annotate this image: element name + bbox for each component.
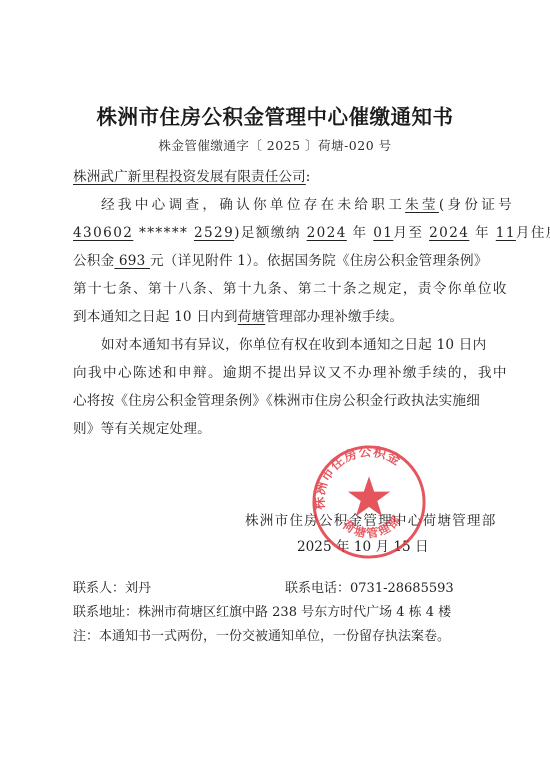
contact-phone-label: 联系电话： [285, 581, 350, 596]
id-mask: ****** [139, 225, 188, 241]
end-month: 11 [496, 225, 516, 241]
employee-name: 朱莹 [405, 197, 439, 213]
notice-page: 株洲市住房公积金管理中心催缴通知书 株金管催缴通字〔 2025 〕荷塘-020 … [0, 0, 550, 776]
seal-outer-text: 株洲市住房公积金 [312, 444, 404, 511]
start-month: 01 [373, 225, 393, 241]
contact-address-label: 联系地址： [73, 605, 138, 620]
paragraph1-line1: 经我中心调查，确认你单位存在未给职工朱莹(身份证号 [101, 193, 515, 213]
contact-phone-number: 0731-28685593 [350, 581, 454, 596]
amount-value: 693 [119, 253, 146, 269]
start-year: 2024 [307, 225, 347, 241]
contact-address: 联系地址：株洲市荷塘区红旗中路 238 号东方时代广场 4 栋 4 楼 [73, 601, 451, 620]
p1-text: 经我中心调查，确认你单位存在未给职工 [101, 197, 405, 213]
p1-text: 年 [353, 225, 368, 241]
svg-text:荷塘管理部: 荷塘管理部 [340, 512, 404, 541]
paragraph2-line4: 则》等有关规定处理。 [73, 417, 211, 437]
office-name: 荷塘 [238, 309, 266, 325]
p1-text: 元（详见附件 1）。依据国务院《住房公积金管理条例》 [150, 253, 488, 269]
p1-text: 管理部办理补缴手续。 [265, 309, 403, 325]
recipient-line: 株洲武广新里程投资发展有限责任公司: [73, 165, 310, 185]
p1-text: 公积金 [73, 253, 114, 269]
paragraph2-line3: 心将按《住房公积金管理条例》《株洲市住房公积金行政执法实施细 [73, 389, 480, 409]
p1-text: 到本通知之日起 10 日内到 [73, 309, 238, 325]
contact-person-name: 刘丹 [125, 581, 151, 596]
note-line: 注：本通知书一式两份，一份交被通知单位，一份留存执法案卷。 [73, 625, 450, 644]
paragraph1-line4: 第十七条、第十八条、第十九条、第二十条之规定，责令你单位收 [73, 277, 508, 297]
official-seal-icon: 株洲市住房公积金 荷塘管理部 [310, 443, 428, 561]
id-prefix: 430602 [73, 225, 133, 241]
recipient-name: 株洲武广新里程投资发展有限责任公司 [73, 169, 306, 185]
end-year: 2024 [429, 225, 469, 241]
p1-text: 月住房 [516, 225, 550, 241]
paragraph2-line2: 向我中心陈述和申辩。逾期不提出异议又不办理补缴手续的，我中 [73, 361, 508, 381]
p1-text: 月至 [393, 225, 423, 241]
seal-inner-text: 荷塘管理部 [340, 512, 404, 541]
paragraph1-line5: 到本通知之日起 10 日内到荷塘管理部办理补缴手续。 [73, 305, 403, 325]
document-number: 株金管催缴通字〔 2025 〕荷塘-020 号 [0, 136, 550, 154]
paragraph1-line3: 公积金 693 元（详见附件 1）。依据国务院《住房公积金管理条例》 [73, 249, 488, 269]
contact-address-value: 株洲市荷塘区红旗中路 238 号东方时代广场 4 栋 4 楼 [138, 605, 451, 620]
id-suffix: 2529 [194, 225, 234, 241]
contact-person-label: 联系人： [73, 581, 125, 596]
recipient-colon: : [306, 169, 311, 185]
paragraph1-line2: 430602 ****** 2529)足额缴纳 2024 年 01月至 2024… [73, 221, 550, 241]
paragraph2-line1: 如对本通知书有异议，你单位有权在收到本通知之日起 10 日内 [101, 333, 486, 353]
note-text: 本通知书一式两份，一份交被通知单位，一份留存执法案卷。 [99, 629, 450, 644]
document-title: 株洲市住房公积金管理中心催缴通知书 [0, 100, 550, 130]
p1-text: 年 [475, 225, 490, 241]
svg-text:株洲市住房公积金: 株洲市住房公积金 [312, 444, 404, 511]
contact-person: 联系人：刘丹 [73, 577, 151, 596]
arrears-amount: 693 [114, 253, 150, 269]
note-label: 注： [73, 629, 99, 644]
p1-text: )足额缴纳 [234, 225, 301, 241]
p1-text: (身份证号 [439, 197, 515, 213]
contact-phone: 联系电话：0731-28685593 [285, 577, 454, 596]
